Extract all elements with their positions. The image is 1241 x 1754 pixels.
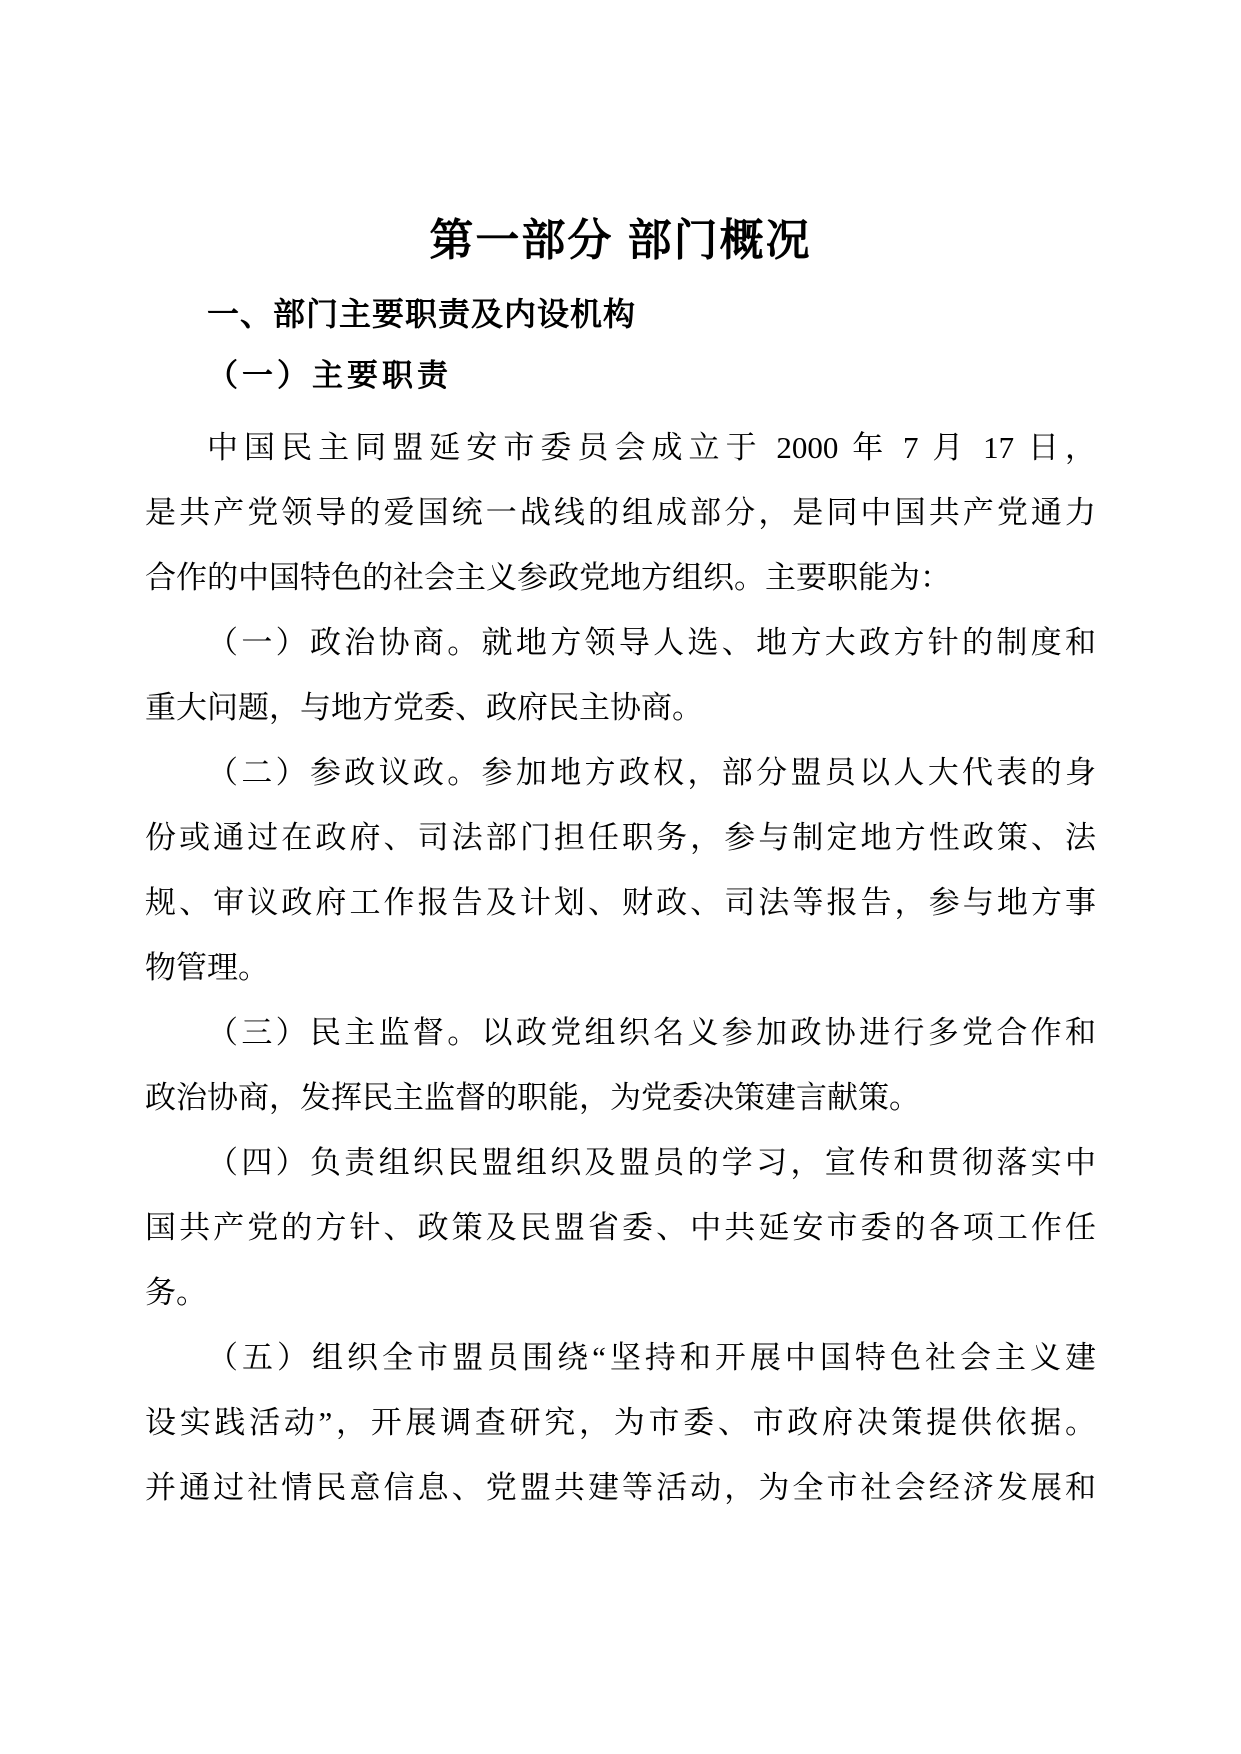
body-line: （三）民主监督。以政党组织名义参加政协进行多党合作和 — [145, 1000, 1096, 1065]
body-line: 物管理。 — [145, 935, 1096, 1000]
document-page: 第一部分 部门概况 一、部门主要职责及内设机构 （一）主要职责 中国民主同盟延安… — [0, 0, 1241, 1754]
body-line: 政治协商，发挥民主监督的职能，为党委决策建言献策。 — [145, 1065, 1096, 1130]
body-line: （五）组织全市盟员围绕“坚持和开展中国特色社会主义建 — [145, 1325, 1096, 1390]
body-line: 并通过社情民意信息、党盟共建等活动，为全市社会经济发展和 — [145, 1455, 1096, 1520]
body-line: （四）负责组织民盟组织及盟员的学习，宣传和贯彻落实中 — [145, 1130, 1096, 1195]
body-line: 份或通过在政府、司法部门担任职务，参与制定地方性政策、法 — [145, 805, 1096, 870]
body-line: 务。 — [145, 1260, 1096, 1325]
body-line: （二）参政议政。参加地方政权，部分盟员以人大代表的身 — [145, 740, 1096, 805]
body-line: 是共产党领导的爱国统一战线的组成部分，是同中国共产党通力 — [145, 480, 1096, 545]
document-title: 第一部分 部门概况 — [0, 214, 1241, 268]
body-line: 国共产党的方针、政策及民盟省委、中共延安市委的各项工作任 — [145, 1195, 1096, 1260]
section-heading: 一、部门主要职责及内设机构 — [207, 294, 636, 334]
body-line: 重大问题，与地方党委、政府民主协商。 — [145, 675, 1096, 740]
document-body: 中国民主同盟延安市委员会成立于 2000 年 7 月 17 日， 是共产党领导的… — [145, 415, 1096, 1520]
body-line: 设实践活动”，开展调查研究，为市委、市政府决策提供依据。 — [145, 1390, 1096, 1455]
body-line: （一）政治协商。就地方领导人选、地方大政方针的制度和 — [145, 610, 1096, 675]
body-line: 中国民主同盟延安市委员会成立于 2000 年 7 月 17 日， — [145, 415, 1096, 480]
body-line: 合作的中国特色的社会主义参政党地方组织。主要职能为： — [145, 545, 1096, 610]
body-line: 规、审议政府工作报告及计划、财政、司法等报告，参与地方事 — [145, 870, 1096, 935]
subsection-heading: （一）主要职责 — [207, 356, 452, 396]
